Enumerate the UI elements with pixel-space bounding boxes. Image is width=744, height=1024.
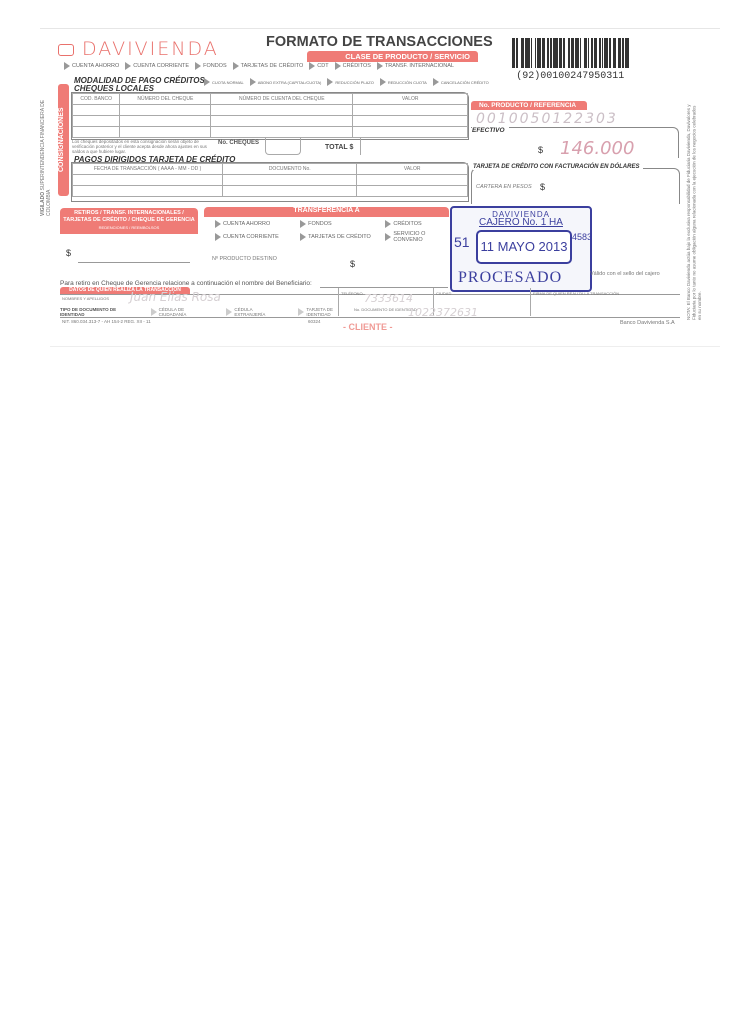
option-marker-icon [215, 233, 221, 241]
option-marker-icon [300, 233, 306, 241]
stamp-date: 11 MAYO 2013 [476, 230, 572, 264]
phone-label: TELÉFONO [341, 291, 363, 296]
option-marker-icon [433, 78, 439, 86]
divider [530, 288, 531, 316]
cheques-disclaimer: Los cheques depositados en esta consigna… [72, 139, 207, 154]
payment-mode-abono-extra-capital-cuota[interactable]: ABONO EXTRA (CAPITAL/CUOTA) [250, 78, 322, 86]
beneficiary-input[interactable] [320, 287, 448, 288]
withdrawals-band-line3: REDENCIONES / REEMBOLSOS [60, 224, 198, 231]
option-marker-icon [125, 62, 131, 70]
payment-mode-reduccion-cuota[interactable]: REDUCCIÓN CUOTA [380, 78, 427, 86]
form-title: FORMATO DE TRANSACCIONES [266, 34, 493, 50]
brand-logo: DAVIVIENDA [58, 38, 219, 60]
withdrawals-band-line1: RETIROS / TRANSF. INTERNACIONALES / [60, 210, 198, 217]
barcode-bar [627, 38, 629, 68]
table-cell-input[interactable] [357, 175, 468, 186]
superintendencia-label: VIGILADO SUPERINTENDENCIA FINANCIERA DE … [40, 96, 52, 216]
product-type-fondos[interactable]: FONDOS [195, 62, 227, 70]
option-label: FONDOS [203, 63, 227, 69]
payment-mode-cancelacion-credito[interactable]: CANCELACIÓN CRÉDITO [433, 78, 489, 86]
option-label: ABONO EXTRA (CAPITAL/CUOTA) [258, 80, 322, 85]
cash-label: EFECTIVO [472, 127, 509, 134]
option-label: TARJETAS DE CRÉDITO [308, 234, 371, 240]
doc-type-cedula-extranjeria[interactable]: CÉDULA EXTRANJERÍA [226, 307, 276, 317]
product-type-cuenta-ahorro[interactable]: CUENTA AHORRO [64, 62, 119, 70]
usd-card-title: TARJETA DE CRÉDITO CON FACTURACIÓN EN DÓ… [473, 164, 643, 170]
option-label: FONDOS [308, 221, 332, 227]
column-header: FECHA DE TRANSACCIÓN ( AAAA - MM - DD ) [73, 164, 223, 175]
stamp-left-number: 51 [454, 234, 470, 250]
transfer-tarjetas-de-credito[interactable]: TARJETAS DE CRÉDITO [300, 231, 385, 243]
table-cell-input[interactable] [211, 105, 353, 116]
portfolio-label: CARTERA EN PESOS [476, 184, 532, 190]
card-payments-box: FECHA DE TRANSACCIÓN ( AAAA - MM - DD )D… [71, 162, 469, 202]
option-marker-icon [335, 62, 341, 70]
cash-value[interactable]: 146.000 [560, 138, 634, 159]
table-row [73, 186, 468, 197]
consignaciones-tab: CONSIGNACIONES [58, 84, 69, 196]
nit-text: NIT. 860.034.313-7 - AH 154-2 REG. XII -… [62, 319, 151, 324]
reference-value[interactable]: 0010050122303 [476, 111, 618, 127]
option-marker-icon [309, 62, 315, 70]
withdrawals-band-line2: TARJETAS DE CRÉDITO / CHEQUE DE GERENCIA [60, 217, 198, 224]
table-cell-input[interactable] [223, 175, 357, 186]
cheques-total-input[interactable] [360, 138, 467, 155]
beneficiary-label: Para retiro en Cheque de Gerencia relaci… [60, 280, 312, 287]
transfer-currency: $ [350, 259, 355, 269]
option-label: TRANSF. INTERNACIONAL [385, 63, 454, 69]
payment-mode-reduccion-plazo[interactable]: REDUCCIÓN PLAZO [327, 78, 373, 86]
table-cell-input[interactable] [73, 175, 223, 186]
cheques-table-box: COD. BANCONÚMERO DEL CHEQUENÚMERO DE CUE… [71, 92, 469, 140]
table-cell-input[interactable] [73, 105, 120, 116]
barcode-number: (92)00100247950311 [512, 71, 629, 82]
product-type-cdt[interactable]: CDT [309, 62, 328, 70]
product-type-cuenta-corriente[interactable]: CUENTA CORRIENTE [125, 62, 189, 70]
doc-type-label: TIPO DE DOCUMENTO DE IDENTIDAD [60, 307, 133, 317]
doc-type-tarjeta-de-identidad[interactable]: TARJETA DE IDENTIDAD [298, 307, 350, 317]
option-label: REDUCCIÓN PLAZO [335, 80, 373, 85]
table-cell-input[interactable] [120, 105, 211, 116]
nota-text: NOTA: El Banco Davivienda actúa bajo la … [686, 100, 712, 320]
phone-input[interactable]: 7333614 [364, 292, 413, 305]
doc-type-cedula-de-ciudadania[interactable]: CÉDULA DE CIUDADANÍA [151, 307, 205, 317]
option-label: CÉDULA DE CIUDADANÍA [159, 307, 205, 317]
table-cell-input[interactable] [211, 127, 353, 138]
table-header-row: FECHA DE TRANSACCIÓN ( AAAA - MM - DD )D… [73, 164, 468, 175]
option-marker-icon [300, 220, 306, 228]
withdrawals-value-input[interactable] [78, 262, 190, 263]
transfer-band: TRANSFERENCIA A [204, 207, 449, 217]
option-label: CDT [317, 63, 328, 69]
column-header: COD. BANCO [73, 94, 120, 105]
option-label: CUENTA AHORRO [72, 63, 119, 69]
option-marker-icon [298, 308, 304, 316]
signature-field[interactable] [533, 298, 673, 314]
dest-product-label: Nº PRODUCTO DESTINO [212, 256, 277, 262]
option-label: CUENTA AHORRO [223, 221, 270, 227]
copy-label: - CLIENTE - [343, 322, 393, 332]
option-marker-icon [151, 308, 157, 316]
cheques-count-label: No. CHEQUES [218, 140, 259, 146]
table-cell-input[interactable] [353, 105, 468, 116]
cheques-table: COD. BANCONÚMERO DEL CHEQUENÚMERO DE CUE… [72, 93, 468, 138]
transfer-cuenta-ahorro[interactable]: CUENTA AHORRO [215, 220, 300, 228]
column-header: VALOR [357, 164, 468, 175]
option-label: CUOTA NORMAL [212, 80, 244, 85]
product-type-transf-internacional[interactable]: TRANSF. INTERNACIONAL [377, 62, 454, 70]
cheques-count-input[interactable] [265, 137, 301, 155]
signature-label: FIRMA DE QUIEN REALIZA LA TRANSACCIÓN [533, 291, 619, 296]
table-cell-input[interactable] [120, 116, 211, 127]
name-label: NOMBRES Y APELLIDOS [62, 296, 109, 301]
table-cell-input[interactable] [357, 186, 468, 197]
option-label: TARJETAS DE CRÉDITO [241, 63, 304, 69]
transfer-cuenta-corriente[interactable]: CUENTA CORRIENTE [215, 231, 300, 243]
option-label: CRÉDITOS [343, 63, 371, 69]
doc-type-options: CÉDULA DE CIUDADANÍACÉDULA EXTRANJERÍATA… [151, 307, 350, 317]
logo-house-icon [58, 44, 74, 56]
page-edge [40, 28, 720, 29]
doc-number-input[interactable]: 1022372631 [408, 306, 478, 319]
option-marker-icon [215, 220, 221, 228]
table-cell-input[interactable] [73, 116, 120, 127]
option-label: CUENTA CORRIENTE [223, 234, 279, 240]
column-header: NÚMERO DEL CHEQUE [120, 94, 211, 105]
stamp-right-number: 4583 [572, 232, 592, 242]
cheques-total-label: TOTAL $ [325, 144, 353, 151]
transfer-fondos[interactable]: FONDOS [300, 220, 385, 228]
option-marker-icon [226, 308, 232, 316]
table-cell-input[interactable] [73, 127, 120, 138]
reference-band: No. PRODUCTO / REFERENCIA [471, 101, 587, 110]
option-marker-icon [385, 233, 391, 241]
product-class-band: CLASE DE PRODUCTO / SERVICIO [307, 51, 478, 62]
column-header: DOCUMENTO No. [223, 164, 357, 175]
processed-stamp: DAVIVIENDA CAJERO No. 1 HA 51 11 MAYO 20… [450, 206, 592, 292]
table-cell-input[interactable] [223, 186, 357, 197]
option-label: CRÉDITOS [393, 221, 421, 227]
option-label: TARJETA DE IDENTIDAD [306, 307, 350, 317]
option-label: SERVICIO O CONVENIO [393, 231, 445, 243]
withdrawals-currency: $ [66, 248, 71, 258]
card-payments-table: FECHA DE TRANSACCIÓN ( AAAA - MM - DD )D… [72, 163, 468, 197]
table-row [73, 175, 468, 186]
product-type-options: CUENTA AHORROCUENTA CORRIENTEFONDOSTARJE… [64, 62, 454, 70]
table-cell-input[interactable] [353, 127, 468, 138]
option-marker-icon [195, 62, 201, 70]
option-label: REDUCCIÓN CUOTA [388, 80, 427, 85]
option-label: CUENTA CORRIENTE [133, 63, 189, 69]
option-marker-icon [233, 62, 239, 70]
table-header-row: COD. BANCONÚMERO DEL CHEQUENÚMERO DE CUE… [73, 94, 468, 105]
option-marker-icon [385, 220, 391, 228]
table-cell-input[interactable] [73, 186, 223, 197]
product-type-tarjetas-de-credito[interactable]: TARJETAS DE CRÉDITO [233, 62, 304, 70]
transfer-options: CUENTA AHORROFONDOSCRÉDITOSCUENTA CORRIE… [215, 220, 445, 243]
product-type-creditos[interactable]: CRÉDITOS [335, 62, 371, 70]
payment-mode-cuota-normal[interactable]: CUOTA NORMAL [204, 78, 244, 86]
stamp-cashier: CAJERO No. 1 HA [452, 217, 590, 228]
column-header: NÚMERO DE CUENTA DEL CHEQUE [211, 94, 353, 105]
name-input[interactable]: Juan Elias Rosa [130, 290, 221, 304]
form-code: 60324 [308, 319, 321, 324]
city-label: CIUDAD [436, 291, 451, 296]
option-label: CANCELACIÓN CRÉDITO [441, 80, 489, 85]
option-marker-icon [327, 78, 333, 86]
table-cell-input[interactable] [353, 116, 468, 127]
option-label: CÉDULA EXTRANJERÍA [234, 307, 276, 317]
validity-note: Válido con el sello del cajero [590, 271, 660, 277]
table-row [73, 127, 468, 138]
bank-name: Banco Davivienda S.A [620, 320, 675, 326]
payment-mode-options: CUOTA NORMALABONO EXTRA (CAPITAL/CUOTA)R… [204, 78, 489, 86]
option-marker-icon [377, 62, 383, 70]
table-cell-input[interactable] [211, 116, 353, 127]
table-row [73, 105, 468, 116]
page-edge [50, 346, 720, 347]
table-row [73, 116, 468, 127]
option-marker-icon [250, 78, 256, 86]
option-marker-icon [380, 78, 386, 86]
transfer-creditos[interactable]: CRÉDITOS [385, 220, 445, 228]
doc-type-row: TIPO DE DOCUMENTO DE IDENTIDAD CÉDULA DE… [60, 307, 350, 317]
withdrawals-band: RETIROS / TRANSF. INTERNACIONALES / TARJ… [60, 208, 198, 234]
transfer-servicio-o-convenio[interactable]: SERVICIO O CONVENIO [385, 231, 445, 243]
portfolio-currency: $ [540, 182, 545, 192]
barcode: (92)00100247950311 [512, 38, 629, 82]
cash-currency: $ [538, 145, 543, 155]
table-cell-input[interactable] [120, 127, 211, 138]
brand-name: DAVIVIENDA [82, 38, 219, 60]
option-marker-icon [64, 62, 70, 70]
option-marker-icon [204, 78, 210, 86]
stamp-status: PROCESADO [458, 269, 562, 287]
column-header: VALOR [353, 94, 468, 105]
